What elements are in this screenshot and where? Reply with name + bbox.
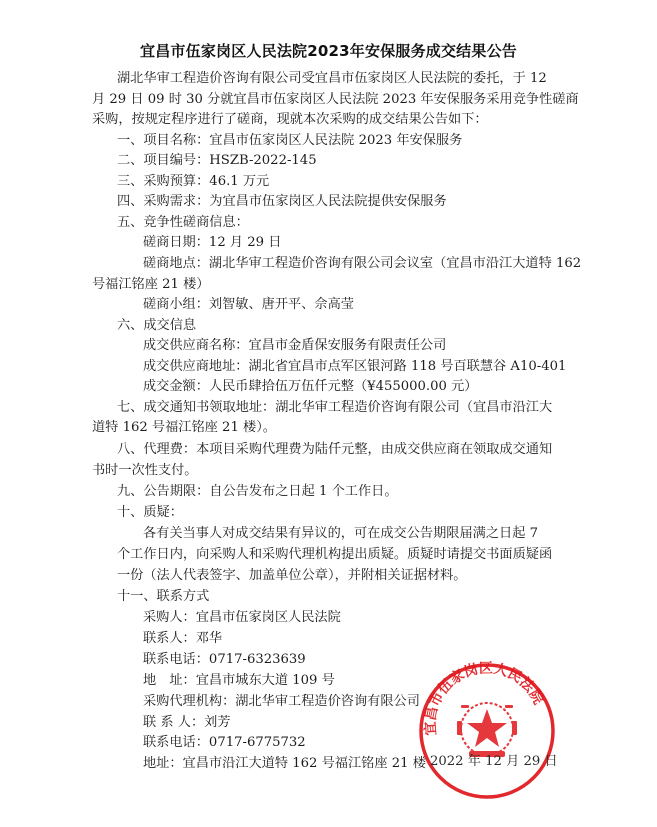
contact-person-1: 联系人：邓华 [143, 629, 222, 649]
contact-address-2: 地址：宜昌市沿江大道特 162 号福江铭座 21 楼 [143, 754, 426, 774]
section-budget: 三、采购预算：46.1 万元 [117, 172, 269, 192]
deal-amount: 成交金额：人民币肆拾伍万伍仟元整（¥455000.00 元） [143, 377, 477, 397]
supplier-address: 成交供应商地址：湖北省宜昌市点军区银河路 118 号百联慧谷 A10-401 [143, 357, 566, 377]
document-title: 宜昌市伍家岗区人民法院2023年安保服务成交结果公告 [0, 40, 657, 61]
section-project-number: 二、项目编号：HSZB-2022-145 [117, 151, 317, 171]
notice-address-line-2: 道特 162 号福江铭座 21 楼）。 [92, 418, 276, 438]
intro-line-3: 采购，按规定程序进行了磋商，现就本次采购的成交结果公告如下： [92, 110, 488, 130]
section-requirement: 四、采购需求：为宜昌市伍家岗区人民法院提供安保服务 [117, 192, 447, 212]
negotiation-date: 磋商日期：12 月 29 日 [143, 233, 281, 253]
objection-line-2: 个工作日内，向采购人和采购代理机构提出质疑。质疑时请提交书面质疑函 [117, 545, 552, 565]
agency-fee-line-2: 书时一次性支付。 [92, 461, 198, 481]
negotiation-panel: 磋商小组：刘智敏、唐开平、佘高莹 [143, 295, 354, 315]
negotiation-place-line-2: 号福江铭座 21 楼） [92, 275, 209, 295]
signature-date: 2022 年 12 月 29 日 [430, 752, 558, 772]
section-objection-heading: 十、质疑： [117, 503, 183, 523]
intro-line-1: 湖北华审工程造价咨询有限公司受宜昌市伍家岗区人民法院的委托，于 12 [117, 69, 547, 89]
contact-person-2: 联 系 人：刘芳 [143, 713, 231, 733]
agency-fee-line-1: 八、代理费：本项目采购代理费为陆仟元整，由成交供应商在领取成交通知 [117, 440, 552, 460]
contact-phone-1: 联系电话：0717-6323639 [143, 650, 306, 670]
announcement-page: 宜昌市伍家岗区人民法院2023年安保服务成交结果公告 湖北华审工程造价咨询有限公… [0, 0, 657, 827]
contact-agency: 采购代理机构：湖北华审工程造价咨询有限公司 [143, 692, 420, 712]
section-negotiation-heading: 五、竞争性磋商信息： [117, 213, 249, 233]
intro-line-2: 月 29 日 09 时 30 分就宜昌市伍家岗区人民法院 2023 年安保服务采… [92, 90, 579, 110]
supplier-name: 成交供应商名称：宜昌市金盾保安服务有限责任公司 [143, 336, 446, 356]
section-project-name: 一、项目名称：宜昌市伍家岗区人民法院 2023 年安保服务 [117, 131, 462, 151]
section-contact-heading: 十一、联系方式 [117, 587, 209, 607]
official-seal-stamp: 宜昌市伍家岗区人民法院 [417, 661, 557, 801]
objection-line-1: 各有关当事人对成交结果有异议的，可在成交公告期限届满之日起 7 [143, 524, 538, 544]
contact-address-1: 地 址：宜昌市城东大道 109 号 [143, 671, 335, 691]
section-deal-heading: 六、成交信息 [117, 316, 196, 336]
section-announcement-period: 九、公告期限：自公告发布之日起 1 个工作日。 [117, 482, 398, 502]
contact-purchaser: 采购人：宜昌市伍家岗区人民法院 [143, 608, 341, 628]
contact-phone-2: 联系电话：0717-6775732 [143, 733, 306, 753]
objection-line-3: 一份（法人代表签字、加盖单位公章），并附相关证据材料。 [117, 566, 466, 586]
negotiation-place-line-1: 磋商地点：湖北华审工程造价咨询有限公司会议室（宜昌市沿江大道特 162 [143, 254, 581, 274]
notice-address-line-1: 七、成交通知书领取地址：湖北华审工程造价咨询有限公司（宜昌市沿江大 [117, 398, 552, 418]
